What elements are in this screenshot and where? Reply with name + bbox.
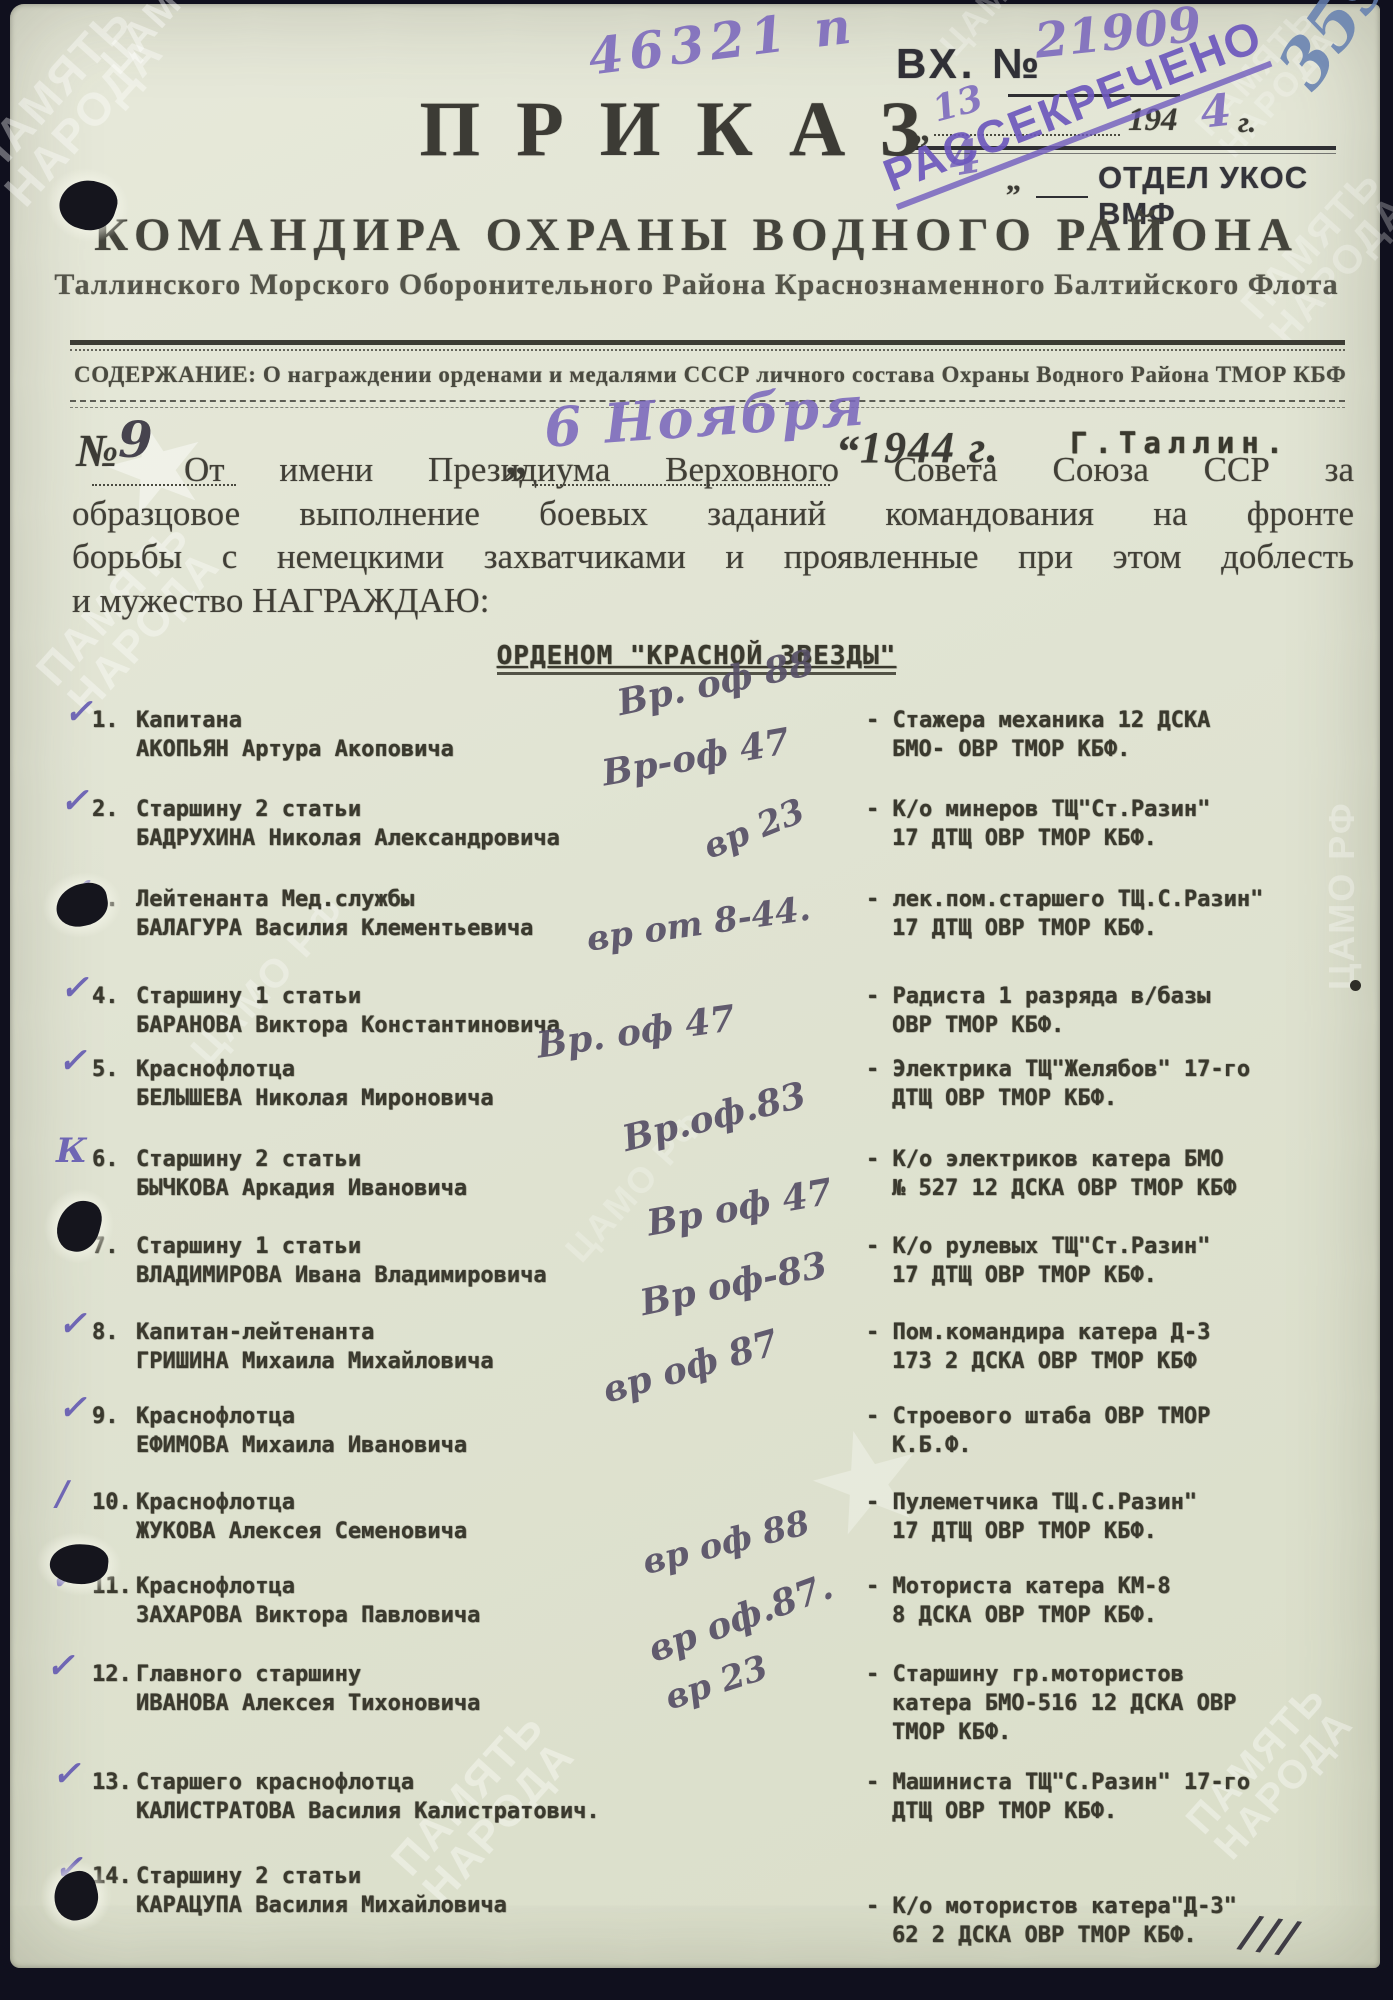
entry-left-column: Старшину 1 статьи БАРАНОВА Виктора Конст… xyxy=(136,982,560,1040)
entry-position: - Электрика ТЩ"Желябов" 17-гоДТЩ ОВР ТМО… xyxy=(866,1055,1250,1113)
entry-position-line: 17 ДТЩ ОВР ТМОР КБФ. xyxy=(866,824,1210,853)
entry-name: БАЛАГУРА Василия Клементьевича xyxy=(136,914,533,943)
ink-dot xyxy=(1350,980,1361,991)
checkmark: ✓ xyxy=(58,1047,87,1076)
entry-position-line: ТМОР КБФ. xyxy=(866,1718,1236,1747)
entry-left-column: Лейтенанта Мед.службы БАЛАГУРА Василия К… xyxy=(136,885,533,943)
hole-punch xyxy=(53,880,112,930)
entry-position-line: 17 ДТЩ ОВР ТМОР КБФ. xyxy=(866,1261,1210,1290)
entry-position-line: - Пулеметчика ТЩ.С.Разин" xyxy=(866,1488,1197,1517)
entry-position-line: - Моториста катера КМ-8 xyxy=(866,1572,1171,1601)
entry-name: АКОПЬЯН Артура Акоповича xyxy=(136,735,454,764)
entry-number: 9. xyxy=(92,1402,119,1431)
checkmark: / xyxy=(56,1480,68,1509)
entry-position: - Стажера механика 12 ДСКАБМО- ОВР ТМОР … xyxy=(866,706,1210,764)
entry-position-line: - К/о электриков катера БМО xyxy=(866,1145,1236,1174)
entry-left-column: Старшину 1 статьи ВЛАДИМИРОВА Ивана Влад… xyxy=(136,1232,547,1290)
entry-position: - К/о мотористов катера"Д-3"62 2 ДСКА ОВ… xyxy=(866,1892,1237,1950)
hole-punch xyxy=(52,1196,105,1257)
checkmark: ✓ xyxy=(58,1394,87,1423)
entry-number: 2. xyxy=(92,795,119,824)
entry-position-line: - К/о рулевых ТЩ"Ст.Разин" xyxy=(866,1232,1210,1261)
entry-rank: Старшего краснофлотца xyxy=(136,1768,600,1797)
checkmark: ✓ xyxy=(46,1652,75,1681)
entry-position-line: - Старшину гр.мотористов xyxy=(866,1660,1236,1689)
entry-position-line: ОВР ТМОР КБФ. xyxy=(866,1011,1210,1040)
entry-position-line: - Пом.командира катера Д-3 xyxy=(866,1318,1210,1347)
entry-position-line: - Стажера механика 12 ДСКА xyxy=(866,706,1210,735)
handwritten-note: вр оф.87. xyxy=(645,1572,836,1665)
handwritten-note: Вр.оф.83 xyxy=(620,1081,809,1154)
entry-position: - Старшину гр.мотористовкатера БМО-516 1… xyxy=(866,1660,1236,1747)
entry-position-line: 17 ДТЩ ОВР ТМОР КБФ. xyxy=(866,914,1263,943)
checkmark: ✓ xyxy=(60,974,89,1003)
entry-rank: Краснофлотца xyxy=(136,1488,467,1517)
entry-position-line: катера БМО-516 12 ДСКА ОВР xyxy=(866,1689,1236,1718)
handwritten-note: вр от 8-44. xyxy=(585,895,812,955)
entry-position: - К/о рулевых ТЩ"Ст.Разин"17 ДТЩ ОВР ТМО… xyxy=(866,1232,1210,1290)
entry-number: 8. xyxy=(92,1318,119,1347)
handwritten-note: Вр оф 47 xyxy=(645,1177,834,1238)
handwritten-note: Вр оф-83 xyxy=(638,1251,830,1319)
entry-rank: Старшину 2 статьи xyxy=(136,1862,507,1891)
checkmark: К xyxy=(56,1137,87,1166)
entry-position-line: - Электрика ТЩ"Желябов" 17-го xyxy=(866,1055,1250,1084)
entry-number: 1. xyxy=(92,706,119,735)
entry-position-line: - лек.пом.старшего ТЩ.С.Разин" xyxy=(866,885,1263,914)
entry-number: 4. xyxy=(92,982,119,1011)
entry-name: КАЛИСТРАТОВА Василия Калистратович. xyxy=(136,1797,600,1826)
entry-name: БАРАНОВА Виктора Константиновича xyxy=(136,1011,560,1040)
entry-rank: Старшину 1 статьи xyxy=(136,1232,547,1261)
handwritten-note: Вр-оф 47 xyxy=(600,727,792,788)
entry-name: ЗАХАРОВА Виктора Павловича xyxy=(136,1601,480,1630)
entry-name: БЕЛЫШЕВА Николая Мироновича xyxy=(136,1084,494,1113)
entry-position-line: - К/о минеров ТЩ"Ст.Разин" xyxy=(866,795,1210,824)
entry-position: - Строевого штаба ОВР ТМОРК.Б.Ф. xyxy=(866,1402,1210,1460)
entry-number: 12. xyxy=(92,1660,132,1689)
entry-left-column: Краснофлотца БЕЛЫШЕВА Николая Мироновича xyxy=(136,1055,494,1113)
entry-name: ИВАНОВА Алексея Тихоновича xyxy=(136,1689,480,1718)
entry-position-line: - К/о мотористов катера"Д-3" xyxy=(866,1892,1237,1921)
entry-position-line: - Машиниста ТЩ"С.Разин" 17-го xyxy=(866,1768,1250,1797)
entry-number: 10. xyxy=(92,1488,132,1517)
end-mark: /// xyxy=(1239,1906,1303,1964)
entry-rank: Краснофлотца xyxy=(136,1055,494,1084)
entry-position-line: 173 2 ДСКА ОВР ТМОР КБФ xyxy=(866,1347,1210,1376)
entry-position-line: - Радиста 1 разряда в/базы xyxy=(866,982,1210,1011)
entry-rank: Краснофлотца xyxy=(136,1572,480,1601)
entry-name: БЫЧКОВА Аркадия Ивановича xyxy=(136,1174,467,1203)
checkmark: ✓ xyxy=(60,787,89,816)
entry-rank: Лейтенанта Мед.службы xyxy=(136,885,533,914)
entry-position: - Машиниста ТЩ"С.Разин" 17-гоДТЩ ОВР ТМО… xyxy=(866,1768,1250,1826)
handwritten-note: Вр. оф 47 xyxy=(535,1004,737,1061)
entry-left-column: Старшину 2 статьи БЫЧКОВА Аркадия Иванов… xyxy=(136,1145,467,1203)
entry-position: - К/о минеров ТЩ"Ст.Разин"17 ДТЩ ОВР ТМО… xyxy=(866,795,1210,853)
entry-position: - Пулеметчика ТЩ.С.Разин"17 ДТЩ ОВР ТМОР… xyxy=(866,1488,1197,1546)
checkmark: ✓ xyxy=(64,698,93,727)
entry-left-column: Краснофлотца ЗАХАРОВА Виктора Павловича xyxy=(136,1572,480,1630)
entry-left-column: Старшину 2 статьи БАДРУХИНА Николая Алек… xyxy=(136,795,560,853)
entry-left-column: Капитана АКОПЬЯН Артура Акоповича xyxy=(136,706,454,764)
entry-number: 5. xyxy=(92,1055,119,1084)
entry-name: ЖУКОВА Алексея Семеновича xyxy=(136,1517,467,1546)
checkmark: ✓ xyxy=(58,1310,87,1339)
entry-position: - Радиста 1 разряда в/базыОВР ТМОР КБФ. xyxy=(866,982,1210,1040)
hole-punch xyxy=(48,1541,110,1587)
entry-position-line: 17 ДТЩ ОВР ТМОР КБФ. xyxy=(866,1517,1197,1546)
entry-rank: Старшину 2 статьи xyxy=(136,795,560,824)
entry-position: - лек.пом.старшего ТЩ.С.Разин"17 ДТЩ ОВР… xyxy=(866,885,1263,943)
entry-position-line: БМО- ОВР ТМОР КБФ. xyxy=(866,735,1210,764)
entry-position: - Моториста катера КМ-88 ДСКА ОВР ТМОР К… xyxy=(866,1572,1171,1630)
entry-name: ГРИШИНА Михаила Михайловича xyxy=(136,1347,494,1376)
hole-punch xyxy=(54,173,123,238)
entry-name: КАРАЦУПА Василия Михайловича xyxy=(136,1891,507,1920)
entry-number: 13. xyxy=(92,1768,132,1797)
entry-position-line: 62 2 ДСКА ОВР ТМОР КБФ. xyxy=(866,1921,1237,1950)
entry-left-column: Краснофлотца ЖУКОВА Алексея Семеновича xyxy=(136,1488,467,1546)
entry-left-column: Старшину 2 статьи КАРАЦУПА Василия Михай… xyxy=(136,1862,507,1920)
hole-punch xyxy=(49,1867,103,1924)
entry-position-line: К.Б.Ф. xyxy=(866,1431,1210,1460)
entry-rank: Капитана xyxy=(136,706,454,735)
entry-position-line: - Строевого штаба ОВР ТМОР xyxy=(866,1402,1210,1431)
entry-left-column: Краснофлотца ЕФИМОВА Михаила Ивановича xyxy=(136,1402,467,1460)
award-entries: ✓ 1. Капитана АКОПЬЯН Артура Акоповича В… xyxy=(0,0,1393,2000)
entry-rank: Краснофлотца xyxy=(136,1402,467,1431)
entry-number: 6. xyxy=(92,1145,119,1174)
entry-name: ВЛАДИМИРОВА Ивана Владимировича xyxy=(136,1261,547,1290)
entry-position-line: 8 ДСКА ОВР ТМОР КБФ. xyxy=(866,1601,1171,1630)
handwritten-note: Вр. оф 88 xyxy=(615,648,816,718)
entry-left-column: Главного старшину ИВАНОВА Алексея Тихоно… xyxy=(136,1660,480,1718)
handwritten-note: вр 23 xyxy=(700,797,808,863)
entry-rank: Старшину 2 статьи xyxy=(136,1145,467,1174)
entry-rank: Старшину 1 статьи xyxy=(136,982,560,1011)
checkmark: ✓ xyxy=(52,1760,81,1789)
handwritten-note: вр оф 88 xyxy=(640,1509,812,1578)
entry-rank: Капитан-лейтенанта xyxy=(136,1318,494,1347)
entry-rank: Главного старшину xyxy=(136,1660,480,1689)
scanned-document: ЦАМО РФПАМЯТЬ НАРОДАЦАМО РФ★ПАМЯТЬ НАРОД… xyxy=(0,0,1393,2000)
entry-position: - Пом.командира катера Д-3173 2 ДСКА ОВР… xyxy=(866,1318,1210,1376)
handwritten-note: вр оф 87 xyxy=(600,1328,781,1406)
entry-position-line: ДТЩ ОВР ТМОР КБФ. xyxy=(866,1797,1250,1826)
entry-position-line: № 527 12 ДСКА ОВР ТМОР КБФ xyxy=(866,1174,1236,1203)
entry-left-column: Старшего краснофлотца КАЛИСТРАТОВА Васил… xyxy=(136,1768,600,1826)
entry-left-column: Капитан-лейтенанта ГРИШИНА Михаила Михай… xyxy=(136,1318,494,1376)
entry-position: - К/о электриков катера БМО№ 527 12 ДСКА… xyxy=(866,1145,1236,1203)
entry-name: БАДРУХИНА Николая Александровича xyxy=(136,824,560,853)
entry-position-line: ДТЩ ОВР ТМОР КБФ. xyxy=(866,1084,1250,1113)
entry-name: ЕФИМОВА Михаила Ивановича xyxy=(136,1431,467,1460)
